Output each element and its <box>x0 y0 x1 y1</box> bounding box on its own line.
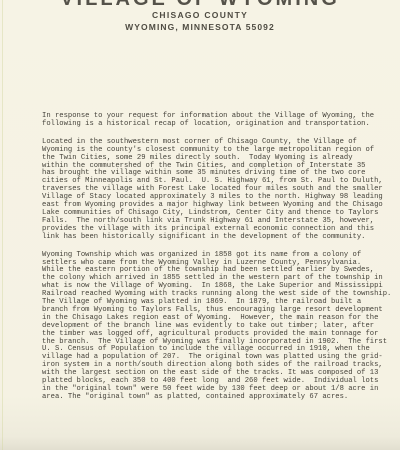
paragraph: Located in the southwestern most corner … <box>42 139 394 242</box>
text-line: following is a historical recap of locat… <box>42 121 394 129</box>
paragraph: Wyoming Township which was organized in … <box>42 252 394 402</box>
document-body: In response to your request for informat… <box>42 113 394 412</box>
scanned-document-page: VILLAGE OF WYOMING CHISAGO COUNTY WYOMIN… <box>0 0 400 450</box>
page-edge-line <box>2 0 3 450</box>
text-line: area. The "original town" as platted, co… <box>42 394 394 402</box>
address-line: WYOMING, MINNESOTA 55092 <box>0 22 400 32</box>
paragraph: In response to your request for informat… <box>42 113 394 129</box>
text-line: link has been historically significant i… <box>42 234 394 242</box>
county-line: CHISAGO COUNTY <box>0 10 400 20</box>
